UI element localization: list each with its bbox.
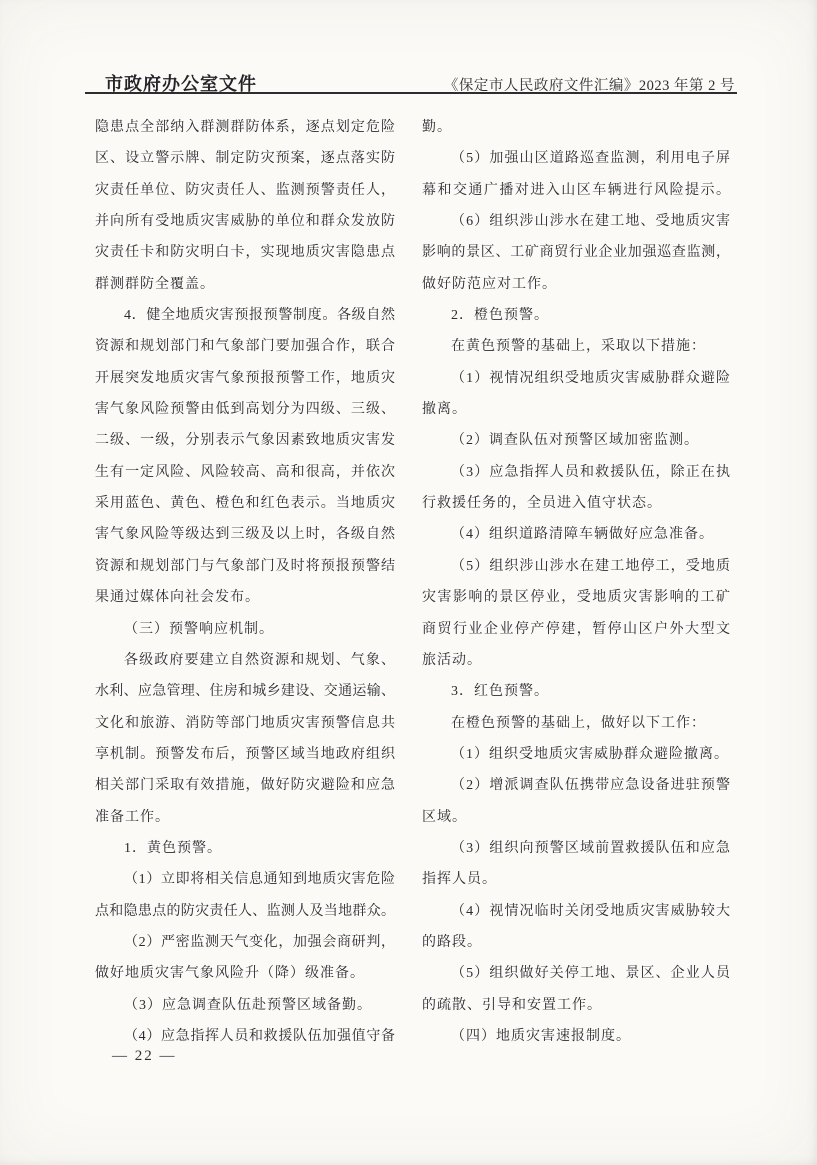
text-line: （2）增派调查队伍携带应急设备进驻预警 <box>422 770 730 801</box>
text-line: 区域。 <box>422 802 730 833</box>
text-line: （4）组织道路清障车辆做好应急准备。 <box>422 519 730 550</box>
text-line: （三）预警响应机制。 <box>95 614 395 645</box>
text-line: 隐患点全部纳入群测群防体系，逐点划定危险 <box>95 112 395 143</box>
text-line: 开展突发地质灾害气象预报预警工作，地质灾 <box>95 363 395 394</box>
page-number: — 22 — <box>112 1048 177 1065</box>
text-line: 水利、应急管理、住房和城乡建设、交通运输、 <box>95 676 395 707</box>
text-line: 采用蓝色、黄色、橙色和红色表示。当地质灾 <box>95 488 395 519</box>
text-line: 资源和规划部门与气象部门及时将预报预警结 <box>95 551 395 582</box>
text-line: 相关部门采取有效措施，做好防灾避险和应急 <box>95 770 395 801</box>
text-line: （1）组织受地质灾害威胁群众避险撤离。 <box>422 739 730 770</box>
text-line: （3）应急调查队伍赴预警区域备勤。 <box>95 990 395 1021</box>
text-line: 影响的景区、工矿商贸行业企业加强巡查监测， <box>422 237 730 268</box>
text-line: （4）视情况临时关闭受地质灾害威胁较大 <box>422 896 730 927</box>
text-line: 生有一定风险、风险较高、高和很高，并依次 <box>95 457 395 488</box>
right-text-column: 勤。（5）加强山区道路巡查监测，利用电子屏幕和交通广播对进入山区车辆进行风险提示… <box>422 112 730 1052</box>
text-line: 区、设立警示牌、制定防灾预案，逐点落实防 <box>95 143 395 174</box>
text-line: 在黄色预警的基础上，采取以下措施： <box>422 331 730 362</box>
text-line: 做好地质灾害气象风险升（降）级准备。 <box>95 958 395 989</box>
text-line: （2）调查队伍对预警区域加密监测。 <box>422 425 730 456</box>
text-line: 点和隐患点的防灾责任人、监测人及当地群众。 <box>95 896 395 927</box>
text-line: 3．红色预警。 <box>422 676 730 707</box>
text-line: 4．健全地质灾害预报预警制度。各级自然 <box>95 300 395 331</box>
text-line: （3）组织向预警区域前置救援队伍和应急 <box>422 833 730 864</box>
text-line: 商贸行业企业停产停建，暂停山区户外大型文 <box>422 614 730 645</box>
text-line: 文化和旅游、消防等部门地质灾害预警信息共 <box>95 708 395 739</box>
text-line: 的路段。 <box>422 927 730 958</box>
text-line: 2．橙色预警。 <box>422 300 730 331</box>
text-line: 灾责任卡和防灾明白卡，实现地质灾害隐患点 <box>95 237 395 268</box>
text-line: 做好防范应对工作。 <box>422 269 730 300</box>
text-line: 勤。 <box>422 112 730 143</box>
text-line: （四）地质灾害速报制度。 <box>422 1021 730 1052</box>
text-line: 二级、一级，分别表示气象因素致地质灾害发 <box>95 425 395 456</box>
text-line: 旅活动。 <box>422 645 730 676</box>
text-line: 指挥人员。 <box>422 864 730 895</box>
text-line: 撤离。 <box>422 394 730 425</box>
text-line: （5）组织涉山涉水在建工地停工，受地质 <box>422 551 730 582</box>
text-line: 果通过媒体向社会发布。 <box>95 582 395 613</box>
text-line: （5）加强山区道路巡查监测，利用电子屏 <box>422 143 730 174</box>
text-line: 并向所有受地质灾害威胁的单位和群众发放防 <box>95 206 395 237</box>
text-line: 灾害影响的景区停业，受地质灾害影响的工矿 <box>422 582 730 613</box>
document-page: 市政府办公室文件 《保定市人民政府文件汇编》2023 年第 2 号 隐患点全部纳… <box>0 0 817 1165</box>
text-line: 准备工作。 <box>95 802 395 833</box>
text-line: 享机制。预警发布后，预警区域当地政府组织 <box>95 739 395 770</box>
text-line: （3）应急指挥人员和救援队伍，除正在执 <box>422 457 730 488</box>
text-line: 害气象风险预警由低到高划分为四级、三级、 <box>95 394 395 425</box>
text-line: 行救援任务的，全员进入值守状态。 <box>422 488 730 519</box>
text-line: （1）立即将相关信息通知到地质灾害危险 <box>95 864 395 895</box>
text-line: （6）组织涉山涉水在建工地、受地质灾害 <box>422 206 730 237</box>
text-line: 幕和交通广播对进入山区车辆进行风险提示。 <box>422 175 730 206</box>
header-rule <box>85 92 737 94</box>
text-line: 害气象风险等级达到三级及以上时，各级自然 <box>95 519 395 550</box>
left-text-column: 隐患点全部纳入群测群防体系，逐点划定危险区、设立警示牌、制定防灾预案，逐点落实防… <box>95 112 395 1052</box>
text-line: 的疏散、引导和安置工作。 <box>422 990 730 1021</box>
text-line: 1．黄色预警。 <box>95 833 395 864</box>
text-line: 资源和规划部门和气象部门要加强合作，联合 <box>95 331 395 362</box>
text-line: 在橙色预警的基础上，做好以下工作： <box>422 708 730 739</box>
text-line: （1）视情况组织受地质灾害威胁群众避险 <box>422 363 730 394</box>
text-line: 各级政府要建立自然资源和规划、气象、 <box>95 645 395 676</box>
text-line: （2）严密监测天气变化，加强会商研判， <box>95 927 395 958</box>
text-line: 群测群防全覆盖。 <box>95 269 395 300</box>
text-line: 灾责任单位、防灾责任人、监测预警责任人， <box>95 175 395 206</box>
text-line: （5）组织做好关停工地、景区、企业人员 <box>422 958 730 989</box>
